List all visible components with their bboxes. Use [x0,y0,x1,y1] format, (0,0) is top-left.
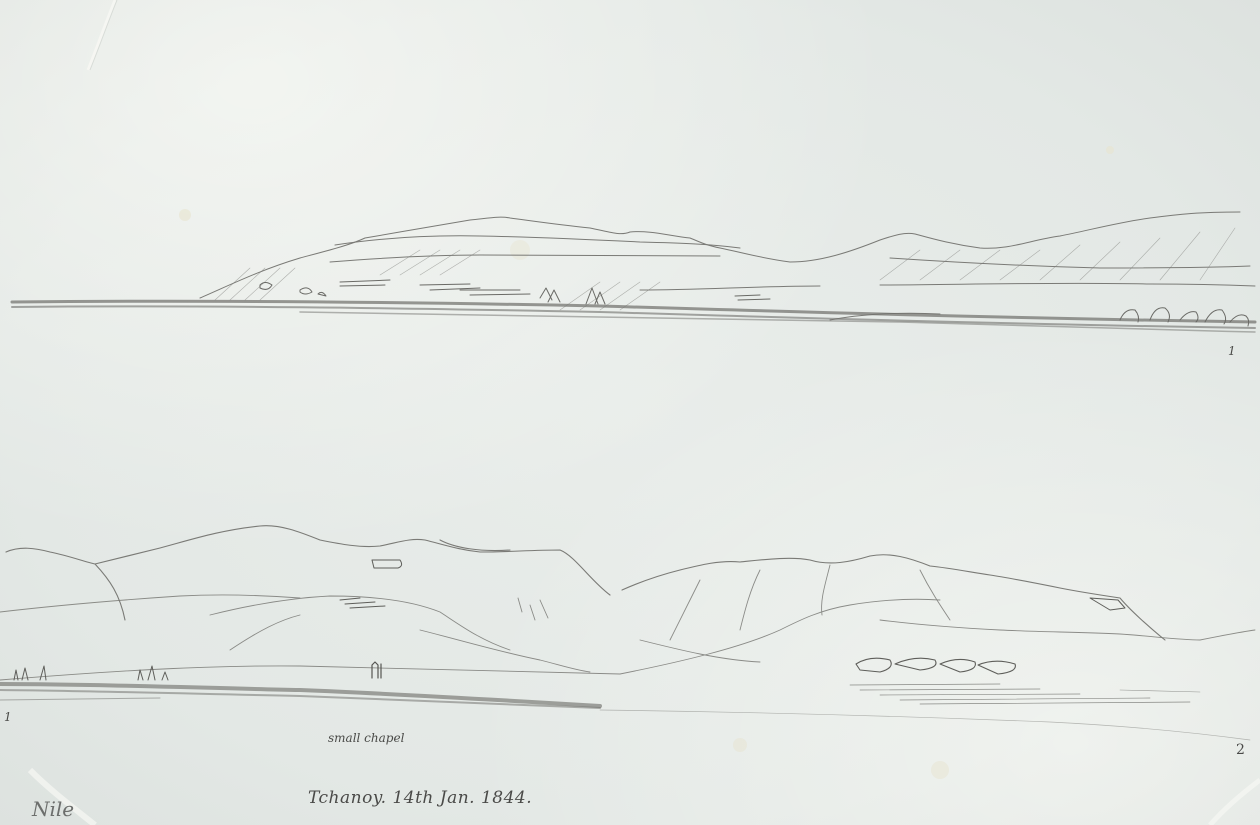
region-label: Nile [32,797,74,821]
lower-mountain-ridge [6,526,1165,640]
upper-mountain-range [200,212,1255,320]
view-number-upper: 1 [1228,344,1236,358]
lower-hill-contours [0,565,1255,680]
sketch-caption: Tchanoy. 14th Jan. 1844. [308,788,532,808]
lower-cliff-rocks [340,560,1125,610]
sketch-sheet: 1 1 2 small chapel Tchanoy. 14th Jan. 18… [0,0,1260,825]
view-number-lower-right: 2 [1236,742,1245,758]
chapel-label: small chapel [328,731,404,745]
upper-riverbank [12,301,1255,332]
lower-island-rocks [850,658,1200,704]
upper-midground-rocks [260,280,770,304]
upper-trees-right [1120,308,1249,326]
landscape-drawing [0,0,1260,825]
small-chapel [372,662,381,678]
lower-shoreline [0,684,1250,740]
view-number-lower-left: 1 [4,710,12,724]
